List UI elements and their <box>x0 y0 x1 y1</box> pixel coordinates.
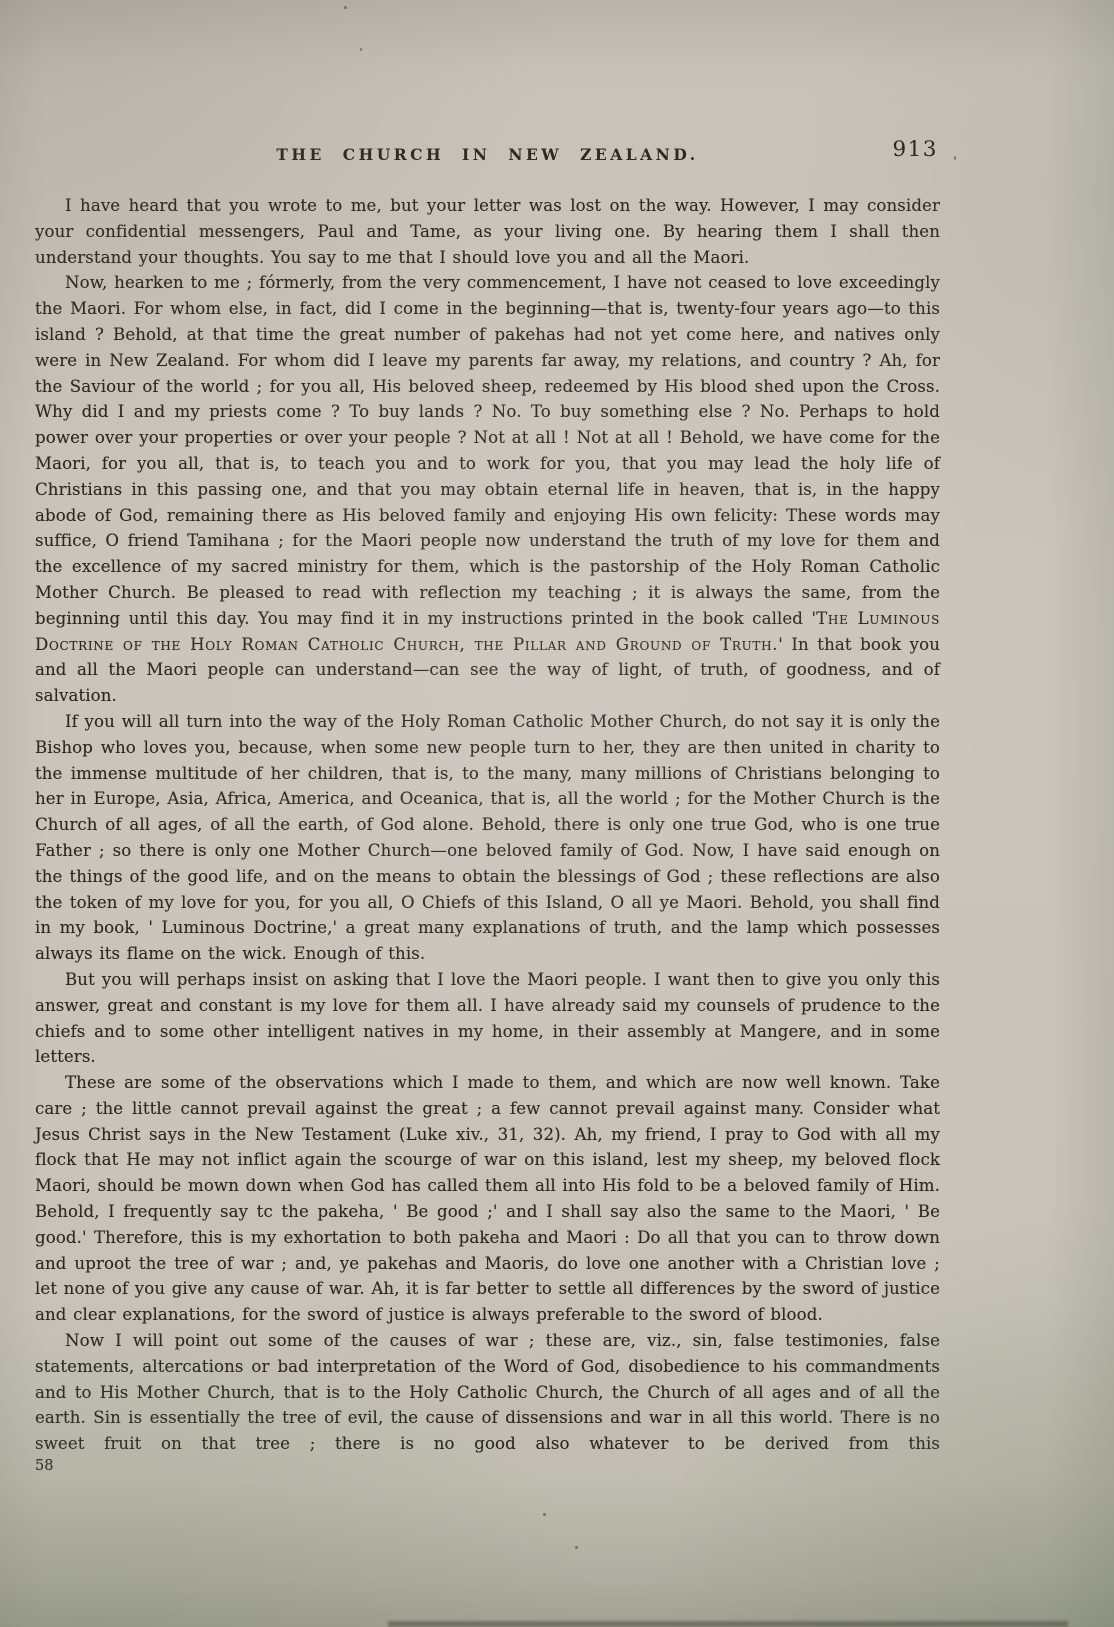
page-number: 913 <box>892 137 938 162</box>
scanned-book-page: THE CHURCH IN NEW ZEALAND. 913 I have he… <box>0 0 1114 1627</box>
body-paragraphs: I have heard that you wrote to me, but y… <box>35 193 940 1457</box>
paragraph-text: If you will all turn into the way of the… <box>35 712 940 963</box>
signature-mark: 58 <box>35 1458 940 1474</box>
paragraph-text: Now, hearken to me ; fórmerly, from the … <box>35 273 940 627</box>
paragraph: These are some of the observations which… <box>35 1070 940 1328</box>
paper-speck <box>344 6 347 9</box>
paper-speck <box>575 1546 578 1549</box>
paragraph: Now, hearken to me ; fórmerly, from the … <box>35 270 940 709</box>
paragraph-text: I have heard that you wrote to me, but y… <box>35 196 940 267</box>
paper-speck <box>543 1513 546 1516</box>
paragraph: I have heard that you wrote to me, but y… <box>35 193 940 270</box>
page-content: THE CHURCH IN NEW ZEALAND. 913 I have he… <box>35 143 940 1474</box>
paragraph-text: These are some of the observations which… <box>35 1073 940 1324</box>
scan-shadow-bar <box>388 1621 1068 1627</box>
page-header: THE CHURCH IN NEW ZEALAND. 913 <box>35 143 940 169</box>
paragraph-text: But you will perhaps insist on asking th… <box>35 970 940 1066</box>
paragraph: But you will perhaps insist on asking th… <box>35 967 940 1070</box>
paragraph-text: Now I will point out some of the causes … <box>35 1331 940 1453</box>
paragraph: If you will all turn into the way of the… <box>35 709 940 967</box>
paragraph: Now I will point out some of the causes … <box>35 1328 940 1457</box>
running-title: THE CHURCH IN NEW ZEALAND. <box>276 145 698 164</box>
paper-speck <box>360 48 362 51</box>
paper-speck <box>954 156 956 160</box>
